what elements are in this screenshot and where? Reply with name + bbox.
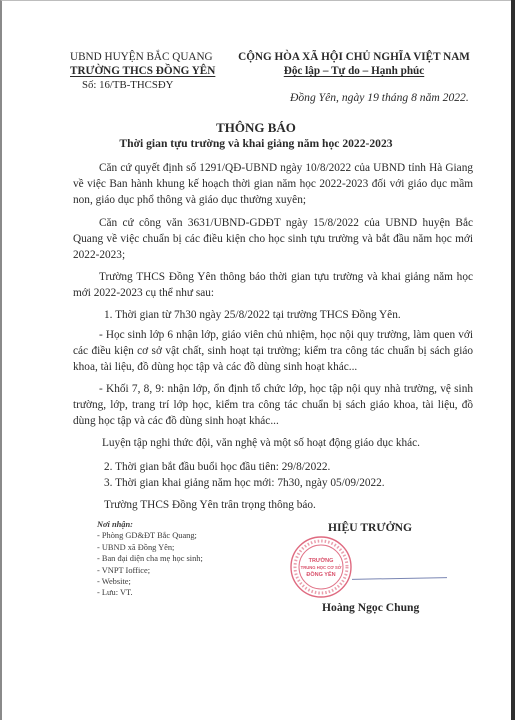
closing-line: Trường THCS Đồng Yên trân trọng thông bá… [104,497,316,513]
svg-text:TRƯỜNG: TRƯỜNG [309,556,334,564]
official-stamp-icon: TRƯỜNG TRUNG HỌC CƠ SỞ ĐỒNG YÊN [289,535,353,599]
school-name: TRƯỜNG THCS ĐỒNG YÊN [70,64,210,78]
paragraph-text: - Học sinh lớp 6 nhận lớp, giáo viên chủ… [73,329,473,373]
paragraph-dispatch: Căn cứ công văn 3631/UBND-GDĐT ngày 15/8… [73,215,473,263]
document-number: Số: 16/TB-THCSĐY [70,78,210,92]
paragraph-text: Trường THCS Đồng Yên thông báo thời gian… [73,271,473,299]
recipient-item: - VNPT Ioffice; [97,565,203,576]
place-date: Đồng Yên, ngày 19 tháng 8 năm 2022. [290,91,469,104]
paragraph-grades789: - Khối 7, 8, 9: nhận lớp, ổn định tổ chứ… [73,381,473,429]
window-edge [511,0,515,720]
authority-name: UBND HUYỆN BẮC QUANG [70,50,210,64]
document-subtitle: Thời gian tựu trường và khai giảng năm h… [0,137,512,150]
svg-text:TRUNG HỌC CƠ SỞ: TRUNG HỌC CƠ SỞ [301,565,342,570]
header-right: CỘNG HÒA XÃ HỘI CHỦ NGHĨA VIỆT NAM Độc l… [230,50,478,78]
paragraph-announcement: Trường THCS Đồng Yên thông báo thời gian… [73,269,473,301]
paragraph-text: - Khối 7, 8, 9: nhận lớp, ổn định tổ chứ… [73,383,473,427]
paragraph-decision: Căn cứ quyết định số 1291/QĐ-UBND ngày 1… [73,160,473,208]
signature-title: HIỆU TRƯỞNG [328,521,412,534]
national-motto: Độc lập – Tự do – Hạnh phúc [230,64,478,78]
recipient-item: - Lưu: VT. [97,587,203,598]
document-title: THÔNG BÁO [0,120,512,136]
nation-name: CỘNG HÒA XÃ HỘI CHỦ NGHĨA VIỆT NAM [230,50,478,64]
svg-text:ĐỒNG YÊN: ĐỒNG YÊN [306,570,335,578]
header-left: UBND HUYỆN BẮC QUANG TRƯỜNG THCS ĐỒNG YÊ… [70,50,210,92]
recipient-item: - Ban đại diện cha mẹ học sinh; [97,553,203,564]
paragraph-grade6: - Học sinh lớp 6 nhận lớp, giáo viên chủ… [73,327,473,375]
recipient-item: - UBND xã Đồng Yên; [97,542,203,553]
item-3: 3. Thời gian khai giảng năm học mới: 7h3… [104,475,385,491]
signatory-name: Hoàng Ngọc Chung [322,601,419,614]
recipient-item: - Website; [97,576,203,587]
paragraph-text: Căn cứ quyết định số 1291/QĐ-UBND ngày 1… [73,162,473,206]
recipient-item: - Phòng GD&ĐT Bắc Quang; [97,530,203,541]
practice-line: Luyện tập nghi thức đội, văn nghệ và một… [102,435,420,451]
paragraph-text: Căn cứ công văn 3631/UBND-GDĐT ngày 15/8… [73,217,473,261]
item-1: 1. Thời gian từ 7h30 ngày 25/8/2022 tại … [104,307,401,323]
recipients-heading: Nơi nhận: [97,519,203,530]
item-2: 2. Thời gian bắt đầu buổi học đầu tiên: … [104,459,330,475]
recipients-list: Nơi nhận: - Phòng GD&ĐT Bắc Quang; - UBN… [97,519,203,599]
